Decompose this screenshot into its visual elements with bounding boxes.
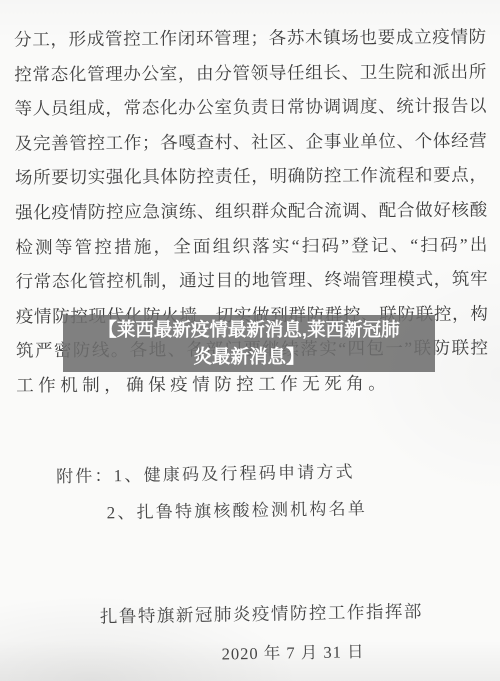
body-line: 分工，形成管控工作闭环管理；各苏木镇场也要成立疫情防 bbox=[14, 20, 486, 57]
attachment-line: 2、扎鲁特旗核酸检测机构名单 bbox=[57, 496, 368, 538]
body-line: 场所要切实强化具体防控责任，明确防控工作流程和要点， bbox=[15, 158, 487, 195]
date-line: 2020 年 7 月 31 日 bbox=[221, 638, 364, 664]
body-line: 等人员组成，常态化办公室负责日常协调调度、统计报告以 bbox=[14, 89, 486, 126]
attachment-line: 附件：1、健康码及行程码申请方式 bbox=[56, 459, 367, 501]
attachments-block: 附件：1、健康码及行程码申请方式 2、扎鲁特旗核酸检测机构名单 bbox=[56, 459, 367, 538]
body-line: 及完善管控工作；各嘎查村、社区、企事业单位、个体经营 bbox=[15, 123, 487, 160]
attachment-indent bbox=[57, 518, 107, 519]
watermark-text: 【莱西最新疫情最新消息,莱西新冠肺 bbox=[63, 316, 435, 343]
body-line: 控常态化管理办公室，由分管领导任组长、卫生院和派出所 bbox=[14, 54, 486, 91]
attachment-item: 1、健康码及行程码申请方式 bbox=[114, 462, 355, 485]
watermark-overlay: 【莱西最新疫情最新消息,莱西新冠肺 炎最新消息】 bbox=[63, 315, 435, 372]
signature-line: 扎鲁特旗新冠肺炎疫情防控工作指挥部 bbox=[100, 598, 423, 628]
attachment-label: 附件： bbox=[56, 466, 114, 486]
body-line: 检测等管控措施，全面组织落实“扫码”登记、“扫码”出 bbox=[15, 227, 487, 264]
body-line: 行常态化管控机制，通过目的地管理、终端管理模式，筑牢 bbox=[15, 262, 487, 299]
watermark-text: 炎最新消息】 bbox=[63, 343, 435, 370]
document-photo: 分工，形成管控工作闭环管理；各苏木镇场也要成立疫情防 控常态化管理办公室，由分管… bbox=[0, 0, 500, 681]
attachment-item: 2、扎鲁特旗核酸检测机构名单 bbox=[107, 499, 368, 522]
body-line: 强化疫情防控应急演练、组织群众配合流调、配合做好核酸 bbox=[15, 193, 487, 230]
